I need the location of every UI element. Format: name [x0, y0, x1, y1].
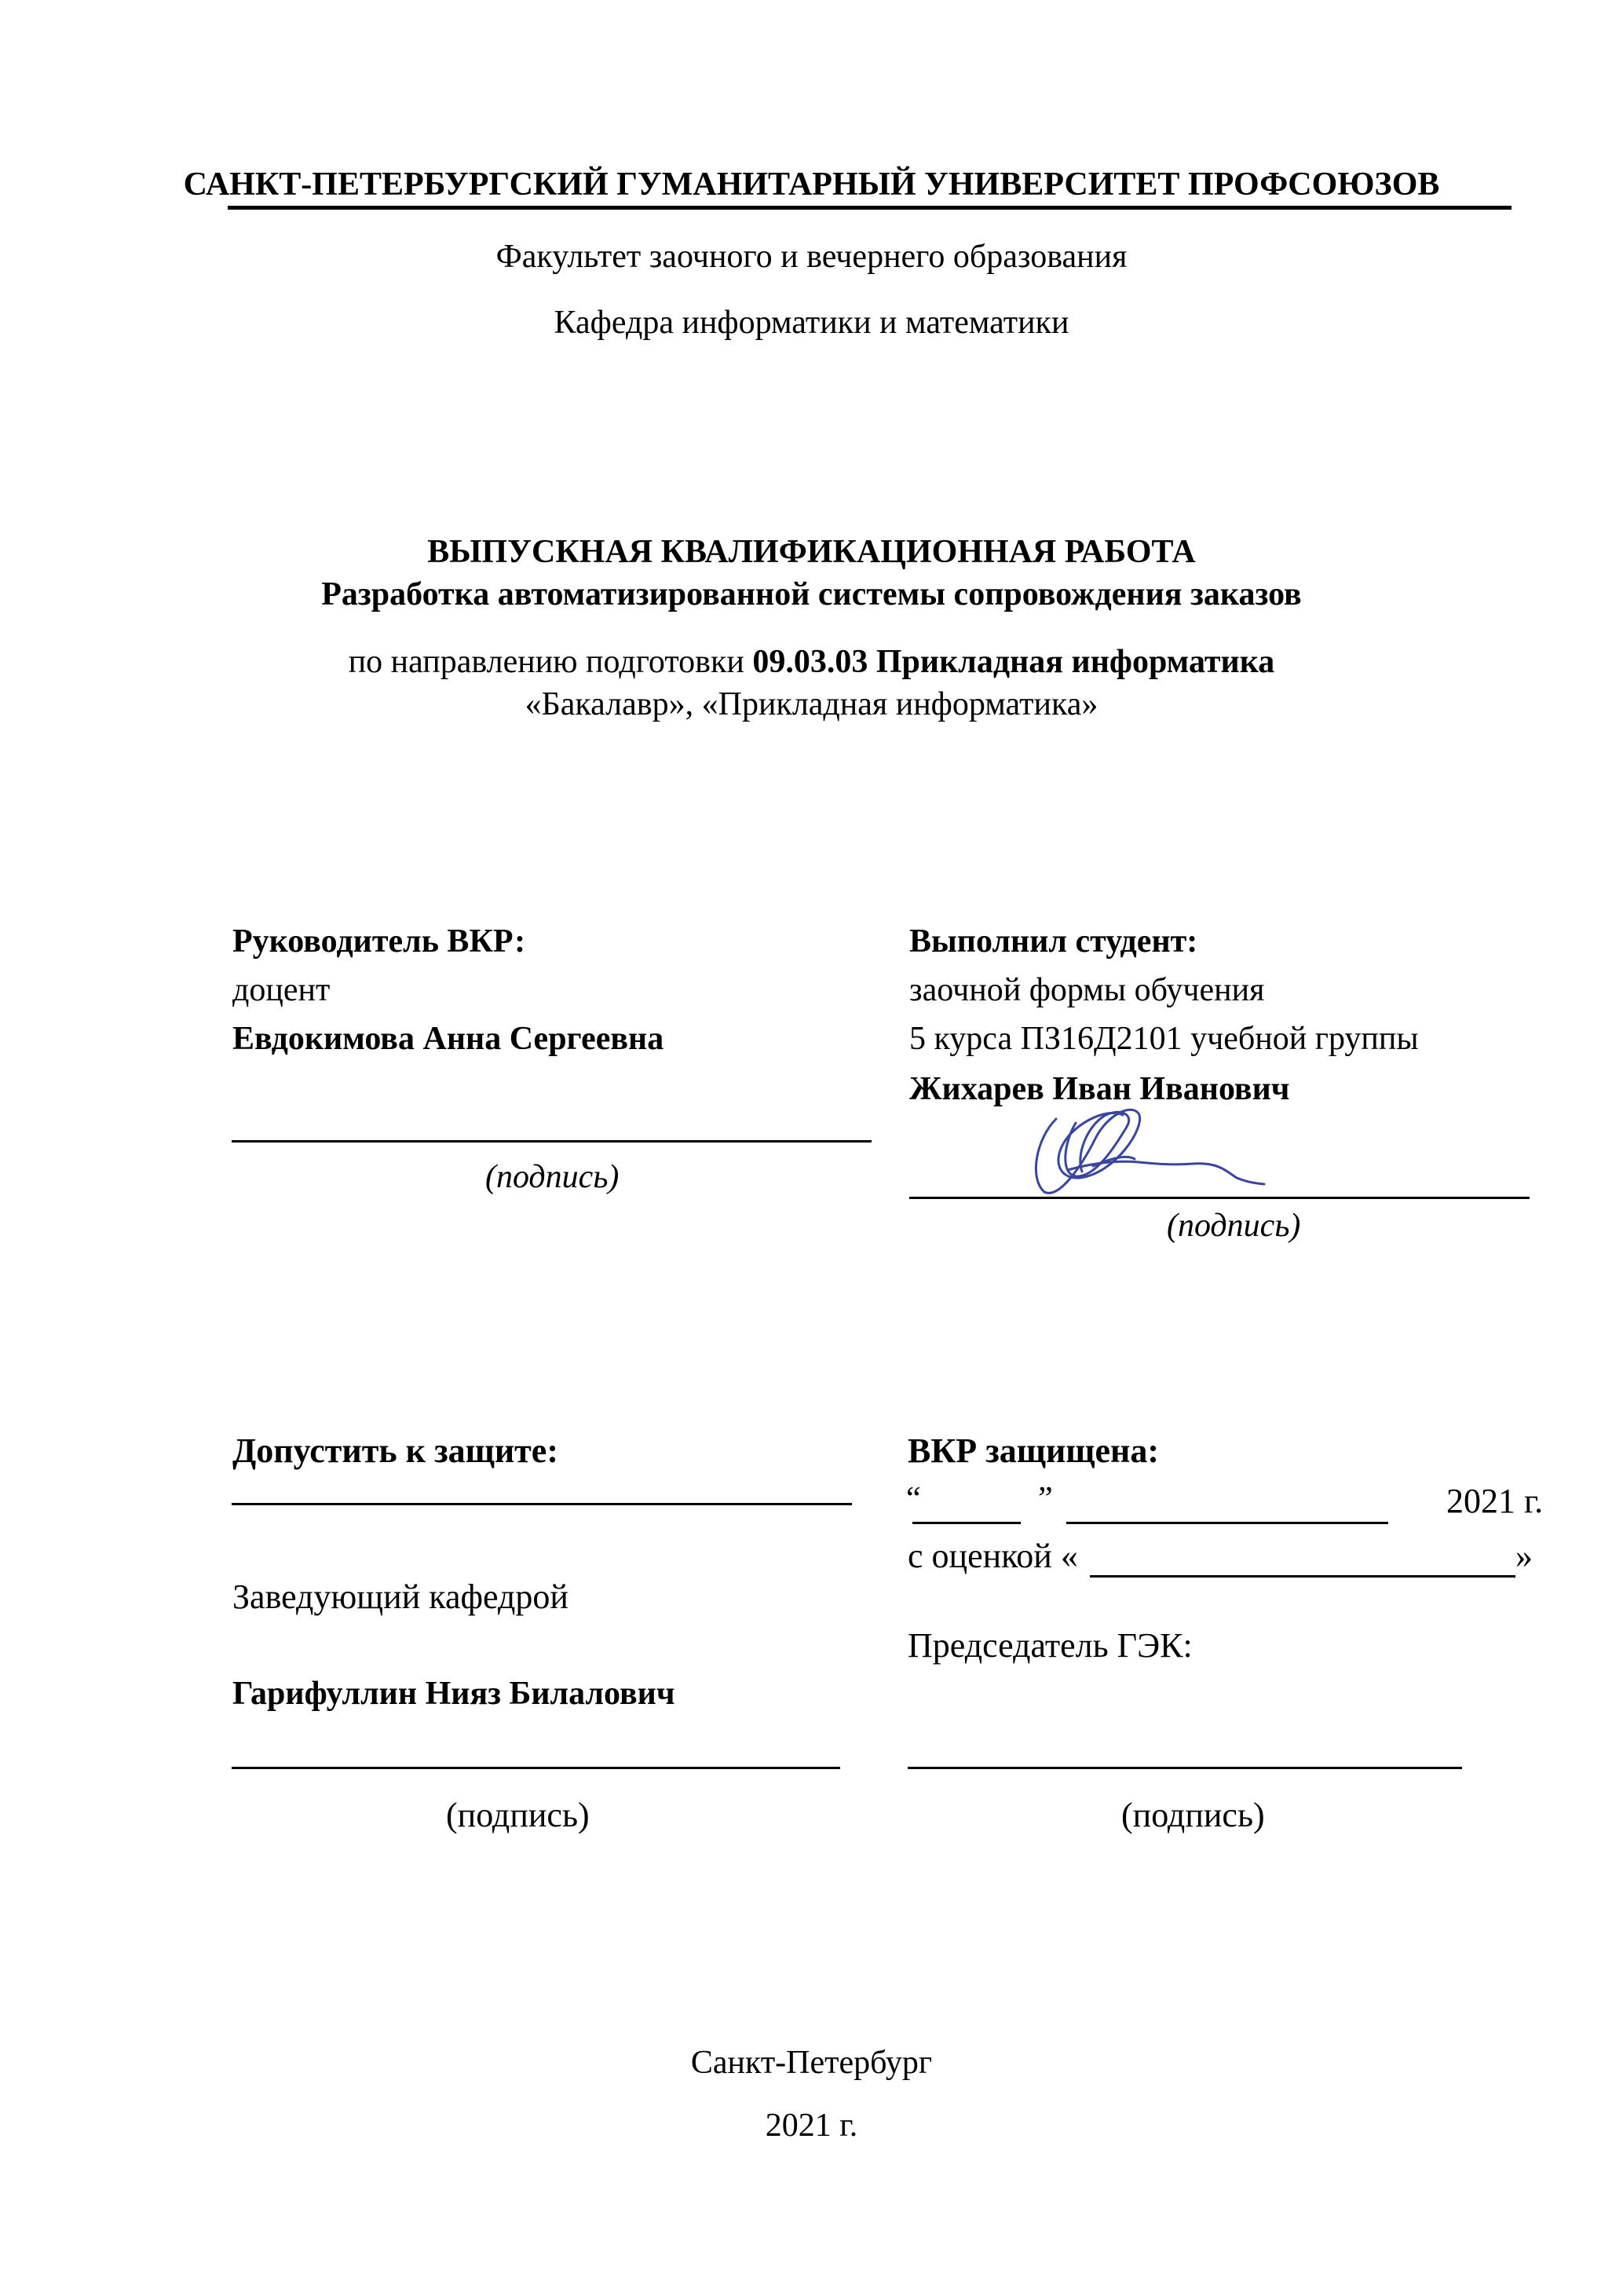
defense-year: 2021 г.: [1446, 1484, 1543, 1519]
student-course-group: 5 курса ПЗ16Д2101 учебной группы: [909, 1022, 1419, 1055]
defense-close-quote: ”: [1038, 1483, 1053, 1515]
admission-signature-caption: (подпись): [446, 1798, 590, 1833]
student-heading: Выполнил студент:: [909, 925, 1197, 958]
student-study-form: заочной формы обучения: [909, 974, 1264, 1007]
defense-grade-prefix: с оценкой «: [908, 1539, 1078, 1574]
supervisor-signature-caption: (подпись): [485, 1161, 619, 1194]
supervisor-signature-line: [232, 1140, 872, 1143]
faculty-name: Факультет заочного и вечернего образован…: [0, 240, 1623, 273]
admission-name: Гарифуллин Нияз Билалович: [232, 1677, 675, 1710]
admission-heading: Допустить к защите:: [232, 1434, 558, 1468]
work-type: ВЫПУСКНАЯ КВАЛИФИКАЦИОННАЯ РАБОТА: [0, 536, 1623, 569]
admission-role: Заведующий кафедрой: [232, 1580, 568, 1614]
direction-prefix: по направлению подготовки: [349, 644, 753, 680]
header-divider: [228, 206, 1512, 210]
supervisor-heading: Руководитель ВКР:: [232, 925, 525, 958]
direction-code-name: 09.03.03 Прикладная информатика: [752, 644, 1274, 680]
defense-grade-field[interactable]: [1090, 1575, 1515, 1578]
defense-grade-suffix: »: [1515, 1539, 1533, 1574]
defense-month-field[interactable]: [1066, 1522, 1388, 1524]
degree-profile: «Бакалавр», «Прикладная информатика»: [0, 688, 1623, 721]
university-name: САНКТ-ПЕТЕРБУРГСКИЙ ГУМАНИТАРНЫЙ УНИВЕРС…: [0, 168, 1623, 201]
footer-city: Санкт-Петербург: [0, 2046, 1623, 2079]
defense-signature-caption: (подпись): [1121, 1798, 1265, 1833]
student-signature-icon: [1021, 1099, 1288, 1201]
supervisor-position: доцент: [232, 974, 330, 1007]
defense-chair: Председатель ГЭК:: [908, 1629, 1193, 1663]
direction-line: по направлению подготовки 09.03.03 Прикл…: [0, 645, 1623, 678]
defense-open-quote: “: [906, 1483, 921, 1515]
work-topic: Разработка автоматизированной системы со…: [0, 578, 1623, 611]
admission-line: [232, 1503, 852, 1505]
admission-signature-line: [232, 1767, 840, 1769]
department-name: Кафедра информатики и математики: [0, 306, 1623, 339]
defense-day-field[interactable]: [912, 1522, 1021, 1524]
student-signature-caption: (подпись): [1167, 1209, 1300, 1242]
supervisor-name: Евдокимова Анна Сергеевна: [232, 1022, 663, 1055]
defense-heading: ВКР защищена:: [908, 1434, 1159, 1468]
footer-year: 2021 г.: [0, 2109, 1623, 2142]
defense-signature-line: [908, 1767, 1462, 1769]
student-signature-line: [909, 1197, 1530, 1199]
